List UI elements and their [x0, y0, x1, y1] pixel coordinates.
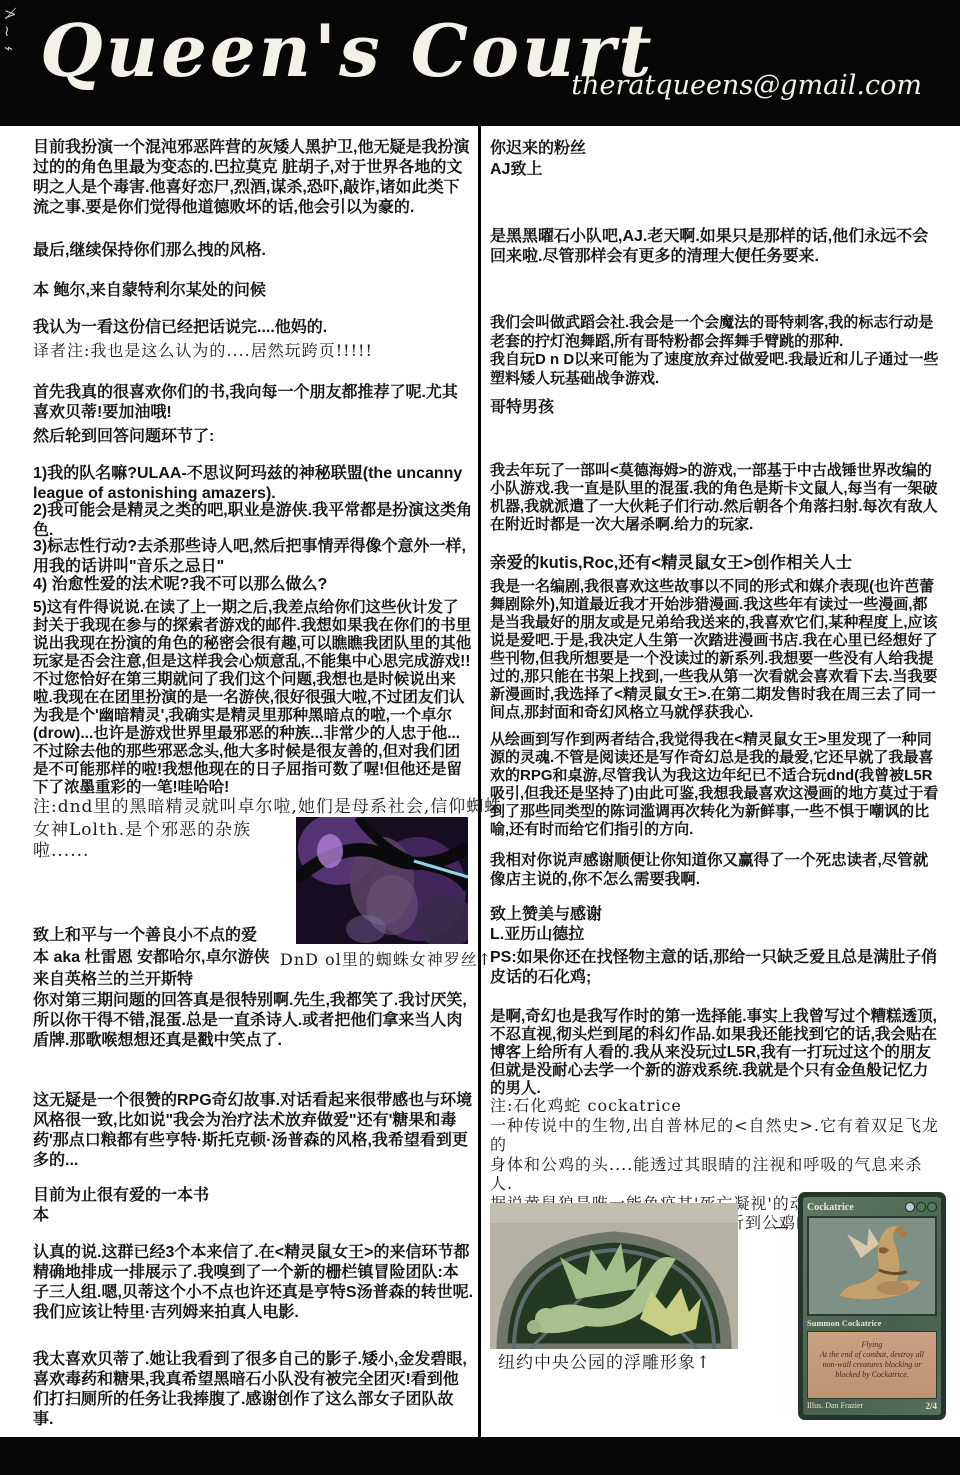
column-divider: [478, 126, 481, 1437]
card-power-toughness: 2/4: [925, 1401, 937, 1411]
card-artist-credit: Illus. Dan Frazier: [807, 1401, 863, 1410]
card-type-line: Summon Cockatrice: [807, 1316, 937, 1331]
answer-item-5: 5)这有件得说说.在读了上一期之后,我差点给你们这些伙计发了封关于我现在参与的探…: [33, 599, 473, 797]
letter-signature: 本 鲍尔,来自蒙特利尔某处的问候: [33, 281, 473, 301]
card-title: Cockatrice: [807, 1202, 854, 1213]
answer-item-3: 3)标志性行动?去杀那些诗人吧,然后把事情弄得像个意外一样,用我的话讲叫"音乐之…: [33, 537, 473, 577]
editor-reply: 是黑黑曜石小队吧,AJ.老天啊.如果只是那样的话,他们永远不会回来啦.尽管那样会…: [490, 227, 942, 267]
drow-note-line1: 注:dnd里的黑暗精灵就叫卓尔啦,她们是母系社会,信仰蜘蛛: [33, 797, 473, 818]
answer-item-2: 2)我可能会是精灵之类的吧,职业是游侠.我平常都是扮演这类角色.: [33, 501, 473, 541]
letter-signature: 哥特男孩: [490, 398, 942, 418]
lolth-artwork-image: [296, 817, 468, 944]
drow-note-line2: 女神Lolth.是个邪恶的杂族啦......: [33, 820, 291, 862]
decorative-flourish: ≯≀⌁: [4, 6, 17, 57]
card-frame: Cockatrice: [803, 1197, 941, 1415]
editor-reply: 你对第三期问题的回答真是很特别啊.先生,我都笑了.我讨厌笑,所以你干得不错,混蛋…: [33, 991, 473, 1051]
editor-reply: 我去年玩了一部叫<莫德海姆>的游戏,一部基于中古战锤世界改编的小队游戏.我一直是…: [490, 462, 942, 534]
letter-signoff: 致上赞美与感谢 L.亚历山德拉: [490, 905, 942, 945]
letter-paragraph: 首先我真的很喜欢你们的书,我向每一个朋友都推荐了呢.尤其喜欢贝蒂!要加油哦!: [33, 383, 473, 423]
column-right: 你迟来的粉丝 AJ致上 是黑黑曜石小队吧,AJ.老天啊.如果只是那样的话,他们永…: [490, 0, 942, 1475]
letter-heading: 亲爱的kutis,Roc,还有<精灵鼠女王>创作相关人士: [490, 553, 942, 573]
editor-reply: 认真的说.这群已经3个本来信了.在<精灵鼠女王>的来信环节都精确地排成一排展示了…: [33, 1243, 473, 1323]
central-park-relief-photo: [490, 1203, 738, 1349]
answer-item-4: 4) 治愈性爱的法术呢?我不可以那么做么?: [33, 575, 473, 595]
card-rules-text: Flying At the end of combat, destroy all…: [807, 1331, 937, 1399]
letter-ps: PS:如果你还在找怪物主意的话,那给一只缺乏爱且总是满肚子俏皮话的石化鸡;: [490, 948, 942, 988]
mtg-card-cockatrice: Cockatrice: [798, 1192, 946, 1420]
letter-paragraph: 我相对你说声感谢顺便让你知道你又赢得了一个死忠读者,尽管就像店主说的,你不怎么需…: [490, 851, 942, 889]
footer-bar: [0, 1437, 960, 1475]
mana-icon: [905, 1202, 915, 1212]
mana-icon: [916, 1202, 926, 1212]
letter-paragraph: 我太喜欢贝蒂了.她让我看到了很多自己的影子.矮小,金发碧眼,喜欢毒药和糖果,我真…: [33, 1350, 473, 1430]
letter-paragraph: 从绘画到写作到两者结合,我觉得我在<精灵鼠女王>里发现了一种同源的灵魂.不管是阅…: [490, 731, 942, 839]
mana-icon: [927, 1202, 937, 1212]
letter-signoff: 你迟来的粉丝 AJ致上: [490, 138, 942, 180]
letter-paragraph: 然后轮到回答问题环节了:: [33, 427, 473, 447]
letter-paragraph: 目前我扮演一个混沌邪恶阵营的灰矮人黑护卫,他无疑是我扮演过的的角色里最为变态的.…: [33, 138, 473, 218]
column-left: 目前我扮演一个混沌邪恶阵营的灰矮人黑护卫,他无疑是我扮演过的的角色里最为变态的.…: [33, 0, 473, 1475]
letter-signoff: 目前为止很有爱的一本书 本: [33, 1186, 473, 1226]
letter-paragraph: 这无疑是一个很赞的RPG奇幻故事.对话看起来很带感也与环境风格很一致,比如说"我…: [33, 1091, 473, 1171]
editor-reply: 是啊,奇幻也是我写作时的第一选择能.事实上我曾写过个糟糕透顶,不忍直视,彻头烂到…: [490, 1008, 942, 1098]
cockatrice-illustration: [807, 1216, 937, 1316]
answer-item-1: 1)我的队名嘛?ULAA-不思议阿玛兹的神秘联盟(the uncanny lea…: [33, 464, 473, 504]
editor-reply: 我认为一看这份信已经把话说完....他妈的.: [33, 318, 473, 338]
letter-paragraph: 我们会叫做武蹈会社.我会是一个会魔法的哥特刺客,我的标志行动是老套的拧灯泡舞蹈,…: [490, 314, 942, 388]
letter-paragraph: 我是一名编剧,我很喜欢这些故事以不同的形式和媒介表现(也许芭蕾舞剧除外),知道最…: [490, 578, 942, 722]
translator-note: 译者注:我也是这么认为的....居然玩跨页!!!!!: [33, 340, 473, 361]
letter-paragraph: 最后,继续保持你们那么拽的风格.: [33, 241, 473, 261]
mana-cost-icons: [905, 1202, 937, 1212]
letters-page: ≯≀⌁ Queen's Court theratqueens@gmail.com…: [0, 0, 960, 1475]
letter-signoff: 致上和平与一个善良小不点的爱 本 aka 杜雷恩 安都哈尔,卓尔游侠 来自英格兰…: [33, 925, 313, 991]
